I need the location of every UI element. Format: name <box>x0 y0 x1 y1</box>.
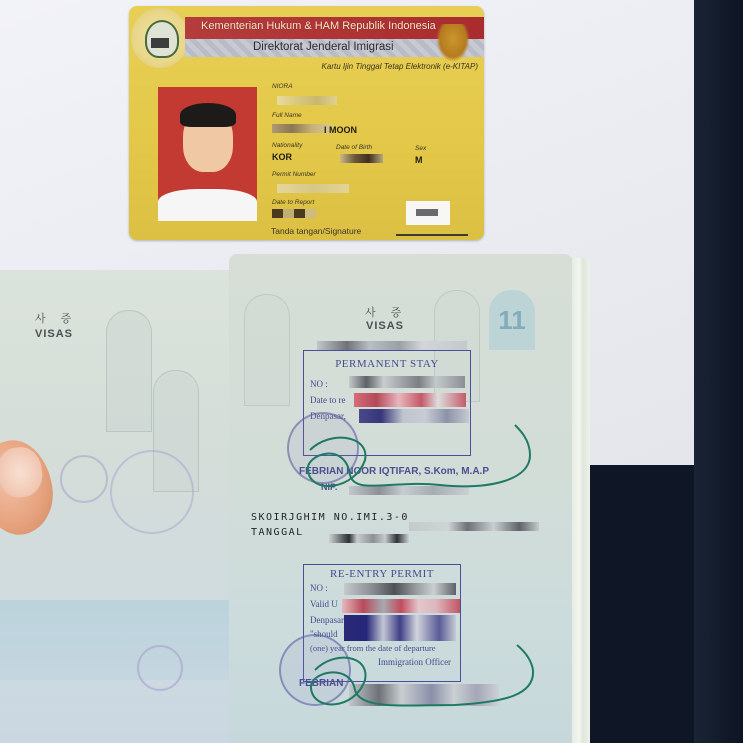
ministry-title: Kementerian Hukum & HAM Republik Indones… <box>201 20 436 32</box>
visas-heading: VISAS <box>366 320 404 332</box>
nationality-value: KOR <box>272 152 292 162</box>
date-to-report-label: Date to Report <box>272 199 314 206</box>
redacted-signature-box <box>406 201 450 225</box>
redacted-name <box>272 124 332 133</box>
permit-number-label: Permit Number <box>272 171 316 178</box>
passport-right-page: 11 사 증 VISAS PERMANENT STAY NO : Date to… <box>229 254 574 743</box>
redacted-stamp-data <box>342 599 460 613</box>
card-title: Kartu Ijin Tinggal Tetap Elektronik (e-K… <box>322 62 478 71</box>
ekitap-card: Kementerian Hukum & HAM Republik Indones… <box>129 6 484 240</box>
dark-table-surface <box>694 0 743 743</box>
stamp-valid-label: Valid U <box>310 599 338 609</box>
stamp-date-label: Date to re <box>310 395 345 405</box>
dob-label: Date of Birth <box>336 144 372 151</box>
signature-label: Tanda tangan/Signature <box>271 226 361 236</box>
redacted-line <box>317 341 467 350</box>
redacted-stamp-data <box>349 376 465 388</box>
redacted-stamp-data <box>354 393 466 407</box>
officer-name: FEBRIAN NOOR IQTIFAR, S.Kom, M.A.P <box>299 466 489 477</box>
redacted-nip <box>349 486 469 495</box>
niora-label: NIORA <box>272 83 293 90</box>
background-pattern <box>244 294 290 406</box>
background-pattern <box>60 455 108 503</box>
redacted-decree <box>409 522 539 531</box>
full-name-value: I MOON <box>324 125 357 135</box>
handwritten-decree-number: SKOIRJGHIM NO.IMI.3-0 <box>251 512 409 523</box>
redacted-niora <box>277 96 337 105</box>
redacted-stamp-data <box>344 615 456 641</box>
redacted-stamp-data <box>359 409 469 423</box>
handwritten-date-label: TANGGAL <box>251 527 304 538</box>
background-pattern <box>0 600 229 680</box>
sex-value: M <box>415 155 423 165</box>
signature-line <box>396 234 468 236</box>
stamp-title: PERMANENT STAY <box>304 358 470 370</box>
directorate-title: Direktorat Jenderal Imigrasi <box>253 41 394 53</box>
holder-photo <box>158 87 257 221</box>
background-pattern <box>110 450 194 534</box>
garuda-emblem-icon <box>436 24 470 62</box>
stamp-title: RE-ENTRY PERMIT <box>304 568 460 580</box>
visas-heading-korean: 사 증 <box>365 304 407 320</box>
visas-heading-korean: 사 증 <box>35 310 77 326</box>
page-number: 11 <box>489 290 535 350</box>
redacted-stamp-data <box>344 583 456 595</box>
nationality-label: Nationality <box>272 142 302 149</box>
redacted-officer-data <box>349 684 499 706</box>
redacted-permit-number <box>277 184 349 193</box>
officer-name: FEBRIAN <box>299 678 343 689</box>
stamp-no-label: NO : <box>310 379 328 389</box>
stamp-no-label: NO : <box>310 583 328 593</box>
immigration-crest-icon <box>131 8 189 68</box>
redacted-date <box>329 534 409 543</box>
redacted-date-to-report <box>272 209 316 218</box>
background-pattern <box>106 310 152 432</box>
nip-label: NIP. <box>321 482 337 492</box>
kanim-round-seal <box>279 634 351 706</box>
taegeuk-watermark-icon <box>137 645 183 691</box>
redacted-dob <box>340 154 383 163</box>
passport-page-edges <box>572 258 590 743</box>
sex-label: Sex <box>415 145 426 152</box>
stamp-place-label: Denpasar <box>310 615 344 625</box>
officer-title: Immigration Officer <box>378 657 451 667</box>
visas-heading: VISAS <box>35 328 73 340</box>
full-name-label: Full Name <box>272 112 302 119</box>
